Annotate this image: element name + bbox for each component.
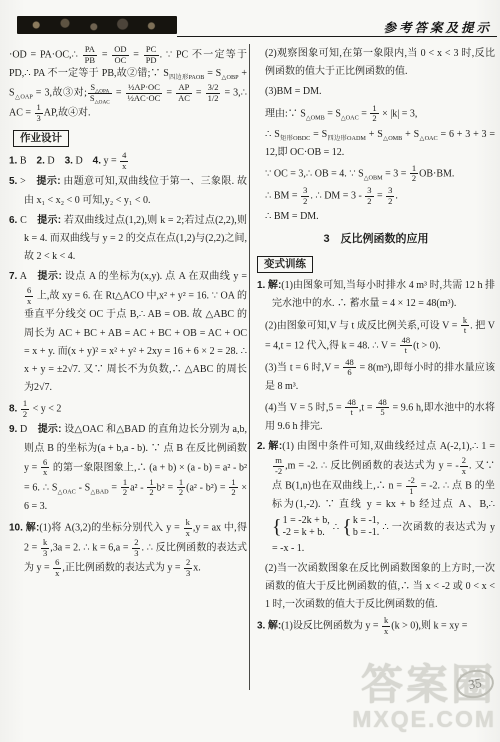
section-heading-applications: 3 反比例函数的应用: [257, 229, 495, 249]
watermark-site: MXQE.COM: [352, 706, 496, 732]
variant-item-1-part-4: (4)当 V = 5 时,5 = 48t,t = 485 = 9.6 h,即水池…: [257, 398, 495, 436]
answer-item-6: 6. C 提示: 若双曲线过点(1,2),则 k = 2;若过点(2,2),则 …: [9, 212, 247, 267]
answer-part-3: (3)BM = DM.: [257, 83, 495, 101]
continued-solution-text: ·OD = PA·OC,∴ PAPB = ODOC = PCPD. ∵ PC 不…: [9, 45, 247, 123]
conclusion-line: ∴ BM = DM.: [257, 208, 495, 226]
answer-item-9: 9. D 提示: 设△OAC 和△BAD 的直角边长分别为 a,b,则点 B 的…: [9, 421, 247, 516]
variant-item-1-part-3: (3)当 t = 6 时,V = 486 = 8(m³),即每小时的排水量应该是…: [257, 358, 495, 396]
section-box-variant-training: 变式训练: [257, 256, 313, 273]
variant-item-2: 2. 解:(1) 由图中条件可知,双曲线经过点 A(-2,1),∴ 1 = m-…: [257, 438, 495, 558]
page-number-badge: 35: [454, 666, 496, 700]
watermark: 答案圈 35 MXQE.COM: [352, 664, 496, 732]
right-column: (2)观察图象可知,在第一象限内,当 0 < x < 3 时,反比例函数的值大于…: [257, 45, 495, 638]
variant-training-box-row: 变式训练: [257, 251, 495, 277]
variant-item-2-part-2: (2)当一次函数图象在反比例函数图象的上方时,一次函数的值大于反比例函数的值,∴…: [257, 560, 495, 615]
decorative-banner-image: [17, 16, 177, 34]
answer-item-8: 8. 12 < y < 2: [9, 399, 247, 419]
page-header-title: 参考答案及提示: [383, 18, 492, 36]
header-rule: [177, 36, 497, 37]
homework-design-box-row: 作业设计: [9, 125, 247, 151]
answer-book-page: 参考答案及提示 ·OD = PA·OC,∴ PAPB = ODOC = PCPD…: [0, 0, 500, 742]
column-divider: [249, 44, 250, 690]
reason-line-2: ∴ S矩形OBDC = S四边形OADM + S△OMB + S△OAC = 6…: [257, 126, 495, 162]
variant-item-1-part-2: (2)由图象可知,V 与 t 成反比例关系,可设 V = kt. 把 V = 4…: [257, 316, 495, 356]
variant-item-3: 3. 解:(1)设反比例函数为 y = kx(k > 0),则 k = xy =: [257, 616, 495, 636]
reason-line-3: ∵ OC = 3,∴ OB = 4. ∵ S△OBM = 3 = 12OB·BM…: [257, 164, 495, 184]
page-number: 35: [467, 675, 483, 693]
answer-item-5: 5. > 提示: 由题意可知,双曲线位于第一、三象限. 故由 x₁ < x₂ <…: [9, 173, 247, 209]
answers-line: 1. B 2. D 3. D 4. y = 4x: [9, 151, 247, 171]
reason-line-4: ∴ BM = 32. ∴ DM = 3 - 32 = 32.: [257, 186, 495, 206]
left-column: ·OD = PA·OC,∴ PAPB = ODOC = PCPD. ∵ PC 不…: [9, 45, 247, 580]
answer-part-2: (2)观察图象可知,在第一象限内,当 0 < x < 3 时,反比例函数的值大于…: [257, 45, 495, 81]
variant-item-1: 1. 解:(1)由图象可知,当每小时排水 4 m³ 时,共需 12 h 排完水池…: [257, 277, 495, 313]
watermark-brand: 答案圈: [361, 664, 496, 706]
section-box-homework-design: 作业设计: [13, 130, 69, 147]
answer-item-10: 10. 解:(1)将 A(3,2)的坐标分别代入 y = kx,y = ax 中…: [9, 518, 247, 578]
reason-line-1: 理由:∵ S△OMB = S△OAC = 12 × |k| = 3,: [257, 104, 495, 124]
answer-item-7: 7. A 提示: 设点 A 的坐标为(x,y). 点 A 在双曲线 y = 6x…: [9, 268, 247, 397]
